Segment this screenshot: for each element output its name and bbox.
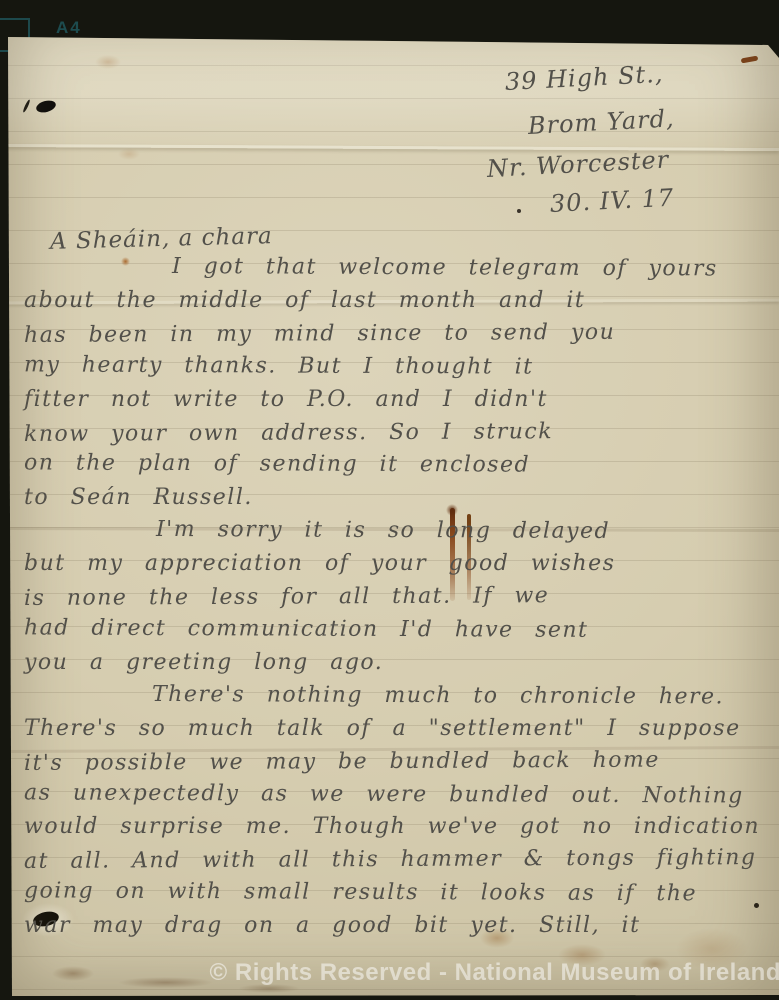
letter-paper: 39 High St., Brom Yard, Nr. Worcester 30… <box>0 0 779 1000</box>
paper-size-label: A4 <box>56 18 82 38</box>
copyright-watermark: © Rights Reserved - National Museum of I… <box>210 959 779 987</box>
paper-edge-shading <box>0 0 779 1000</box>
scanned-letter-page: A4 39 High St., Brom Yard, Nr. Worcester… <box>0 0 779 1000</box>
